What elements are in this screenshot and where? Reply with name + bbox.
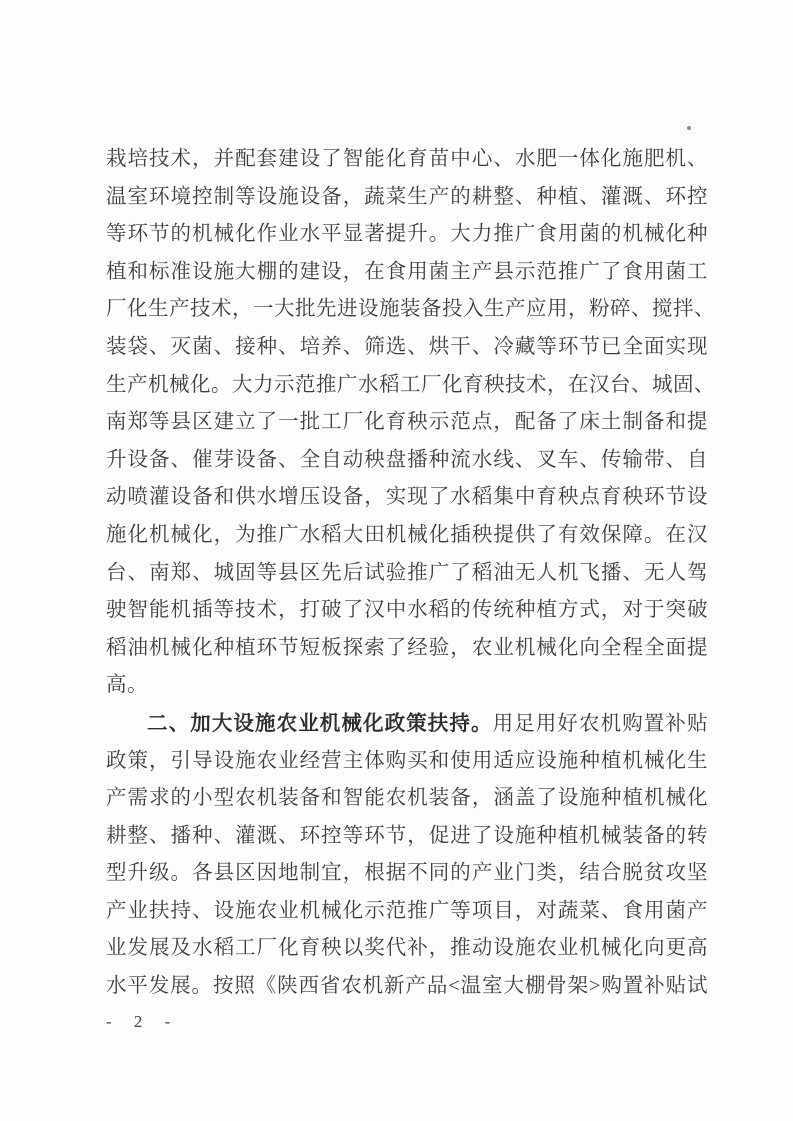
body-line: 厂化生产技术，一大批先进设施装备投入生产应用，粉碎、搅拌、 [106,291,708,329]
body-line: 稻油机械化种植环节短板探索了经验，农业机械化向全程全面提 [106,630,708,668]
body-line: 植和标准设施大棚的建设，在食用菌主产县示范推广了食用菌工 [106,254,708,292]
body-line: 产业扶持、设施农业机械化示范推广等项目，对蔬菜、食用菌产 [106,893,708,931]
body-line: 型升级。各县区因地制宜，根据不同的产业门类，结合脱贫攻坚 [106,855,708,893]
section-heading: 二、加大设施农业机械化政策扶持。 [147,712,493,735]
body-text: 用足用好农机购置补贴 [493,713,708,735]
body-line: 升设备、催芽设备、全自动秧盘播种流水线、叉车、传输带、自 [106,442,708,480]
document-body: 栽培技术，并配套建设了智能化育苗中心、水肥一体化施肥机、 温室环境控制等设施设备… [106,141,708,1006]
body-line: 驶智能机插等技术，打破了汉中水稻的传统种植方式，对于突破 [106,592,708,630]
body-line: 生产机械化。大力示范推广水稻工厂化育秧技术，在汉台、城固、 [106,367,708,405]
body-line: 动喷灌设备和供水增压设备，实现了水稻集中育秧点育秧环节设 [106,479,708,517]
body-line: 台、南郑、城固等县区先后试验推广了稻油无人机飞播、无人驾 [106,555,708,593]
body-line: 耕整、播种、灌溉、环控等环节，促进了设施种植机械装备的转 [106,818,708,856]
body-line: 产需求的小型农机装备和智能农机装备，涵盖了设施种植机械化 [106,780,708,818]
section-heading-line: 二、加大设施农业机械化政策扶持。用足用好农机购置补贴 [106,705,708,743]
body-line: 业发展及水稻工厂化育秧以奖代补，推动设施农业机械化向更高 [106,930,708,968]
body-line: 政策，引导设施农业经营主体购买和使用适应设施种植机械化生 [106,743,708,781]
page-number: - 2 - [106,1012,179,1032]
body-line: 等环节的机械化作业水平显著提升。大力推广食用菌的机械化种 [106,216,708,254]
body-line: 高。 [106,667,708,705]
body-line: 装袋、灭菌、接种、培养、筛选、烘干、冷藏等环节已全面实现 [106,329,708,367]
body-line: 施化机械化，为推广水稻大田机械化插秧提供了有效保障。在汉 [106,517,708,555]
body-line: 温室环境控制等设施设备，蔬菜生产的耕整、种植、灌溉、环控 [106,179,708,217]
body-line: 栽培技术，并配套建设了智能化育苗中心、水肥一体化施肥机、 [106,141,708,179]
document-page: 栽培技术，并配套建设了智能化育苗中心、水肥一体化施肥机、 温室环境控制等设施设备… [0,0,793,1121]
body-line: 水平发展。按照《陕西省农机新产品<温室大棚骨架>购置补贴试 [106,968,708,1006]
body-line: 南郑等县区建立了一批工厂化育秧示范点，配备了床土制备和提 [106,404,708,442]
scan-speck-dot [687,126,691,130]
